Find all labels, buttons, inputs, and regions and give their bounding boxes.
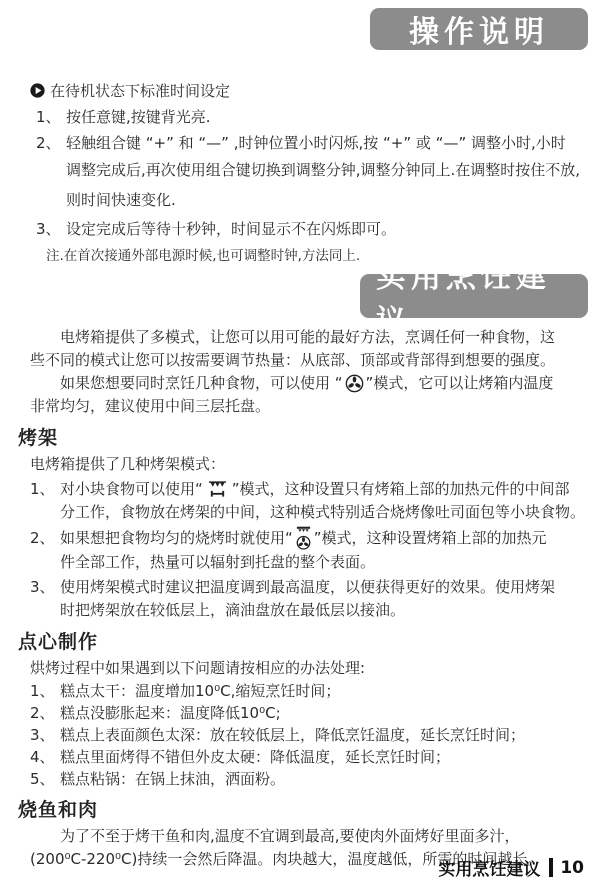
item-text-pre: 对小块食物可以使用“ [60,478,203,501]
item-number: 1、 [36,105,66,129]
time-setting-list: 1、 按任意键,按键背光亮. 2、 轻触组合键 “+” 和 “—” ,时钟位置小… [36,105,590,243]
paragraph-line-post: ”模式，它可以让烤箱内温度 [366,372,554,395]
footer-divider [549,858,553,877]
item-text: 糕点里面烤得不错但外皮太硬：降低温度，延长烹饪时间； [60,746,450,768]
grill-with-fan-icon [295,526,312,551]
grill-section-heading: 烤架 [18,426,590,451]
list-item: 3、 糕点上表面颜色太深：放在较低层上，降低烹饪温度，延长烹饪时间； [30,724,590,746]
paragraph-line: 为了不至于烤干鱼和肉,温度不宜调到最高,要使肉外面烤好里面多汁， [30,825,590,848]
item-text: 糕点粘锅：在锅上抹油，洒面粉。 [60,768,285,790]
fan-icon [345,374,364,393]
pastry-section: 烘烤过程中如果遇到以下问题请按相应的办法处理: 1、 糕点太干：温度增加10⁰C… [30,657,590,790]
list-item: 4、 糕点里面烤得不错但外皮太硬：降低温度，延长烹饪时间； [30,746,590,768]
item-number: 4、 [30,746,60,768]
item-number: 2、 [30,527,60,550]
list-item: 1、 对小块食物可以使用“ ”模式，这种设置只有烤箱上部的加热元件的中间部 [30,478,590,501]
time-setting-heading: 在待机状态下标准时间设定 [30,80,590,101]
play-bullet-icon [30,83,45,98]
paragraph-line: 电烤箱提供了多模式，让您可以用可能的最好方法，烹调任何一种食物，这 [30,326,590,349]
footer-section-label: 实用烹饪建议 [438,855,540,880]
operation-banner-label: 操作说明 [409,7,549,51]
time-setting-heading-label: 在待机状态下标准时间设定 [50,80,230,101]
paragraph-line: 非常均匀，建议使用中间三层托盘。 [30,395,590,418]
item-number: 2、 [30,702,60,724]
list-item: 2、 轻触组合键 “+” 和 “—” ,时钟位置小时闪烁,按 “+” 或 “—”… [36,131,590,155]
page-footer: 实用烹饪建议 10 [438,855,584,880]
list-item: 3、 使用烤架模式时建议把温度调到最高温度，以便获得更好的效果。使用烤架 [30,576,590,599]
item-text: 设定完成后等待十秒钟，时间显示不在闪烁即可。 [66,215,396,243]
item-number: 3、 [30,724,60,746]
paragraph-line: 些不同的模式让您可以按需要调节热量：从底部、顶部或背部得到想要的强度。 [30,349,590,372]
fish-meat-section-heading: 烧鱼和肉 [18,798,590,823]
pastry-intro: 烘烤过程中如果遇到以下问题请按相应的办法处理: [30,657,590,680]
manual-page: 操作说明 在待机状态下标准时间设定 1、 按任意键,按键背光亮. 2、 轻触组合… [0,0,604,892]
item-text-continuation: 分工作，食物放在烤架的中间，这种模式特别适合烧烤像吐司面包等小块食物。 [30,501,590,524]
item-text: 使用烤架模式时建议把温度调到最高温度，以便获得更好的效果。使用烤架 [60,576,555,599]
operation-banner: 操作说明 [370,8,588,50]
item-text-post: ”模式，这种设置烤箱上部的加热元 [314,527,547,550]
item-text-continuation: 调整完成后,再次使用组合键切换到调整分钟,调整分钟同上.在调整时按住不放, [36,155,590,185]
item-number: 3、 [36,215,66,243]
item-text: 糕点太干：温度增加10⁰C,缩短烹饪时间； [60,680,340,702]
item-text-continuation: 则时间快速变化. [36,185,590,215]
item-number: 1、 [30,680,60,702]
pastry-section-heading: 点心制作 [18,630,590,655]
grill-list: 1、 对小块食物可以使用“ ”模式，这种设置只有烤箱上部的加热元件的中间部 分工… [30,478,590,622]
paragraph-line-pre: 如果您想要同时烹饪几种食物，可以使用 “ [60,372,343,395]
pastry-list: 1、 糕点太干：温度增加10⁰C,缩短烹饪时间； 2、 糕点没膨胀起来：温度降低… [30,680,590,790]
grill-center-element-icon [205,480,230,499]
item-number: 2、 [36,131,66,155]
item-text-post: ”模式，这种设置只有烤箱上部的加热元件的中间部 [232,478,570,501]
grill-section: 电烤箱提供了几种烤架模式： 1、 对小块食物可以使用“ ”模式，这种设置只有烤箱… [30,453,590,622]
grill-intro: 电烤箱提供了几种烤架模式： [30,453,590,476]
item-text-pre: 如果想把食物均匀的烧烤时就使用“ [60,527,293,550]
paragraph-line: 如果您想要同时烹饪几种食物，可以使用 “ ”模式，它可以让烤箱内温度 [30,372,590,395]
list-item: 1、 糕点太干：温度增加10⁰C,缩短烹饪时间； [30,680,590,702]
item-text: 糕点上表面颜色太深：放在较低层上，降低烹饪温度，延长烹饪时间； [60,724,525,746]
list-item: 2、 如果想把食物均匀的烧烤时就使用“ ”模式，这种设置烤箱上部的加 [30,526,590,551]
item-number: 3、 [30,576,60,599]
list-item: 5、 糕点粘锅：在锅上抹油，洒面粉。 [30,768,590,790]
item-text: 轻触组合键 “+” 和 “—” ,时钟位置小时闪烁,按 “+” 或 “—” 调整… [66,131,566,155]
advice-banner: 实用烹饪建议 [360,274,588,318]
list-item: 1、 按任意键,按键背光亮. [36,105,590,129]
item-number: 5、 [30,768,60,790]
item-text-continuation: 件全部工作，热量可以辐射到托盘的整个表面。 [30,551,590,574]
item-text: 糕点没膨胀起来：温度降低10⁰C; [60,702,281,724]
list-item: 2、 糕点没膨胀起来：温度降低10⁰C; [30,702,590,724]
list-item: 3、 设定完成后等待十秒钟，时间显示不在闪烁即可。 [36,215,590,243]
item-number: 1、 [30,478,60,501]
item-text: 按任意键,按键背光亮. [66,105,211,129]
item-text-continuation: 时把烤架放在较低层上，滴油盘放在最低层以接油。 [30,599,590,622]
page-number: 10 [560,858,584,878]
advice-intro-paragraph: 电烤箱提供了多模式，让您可以用可能的最好方法，烹调任何一种食物，这 些不同的模式… [30,326,590,418]
